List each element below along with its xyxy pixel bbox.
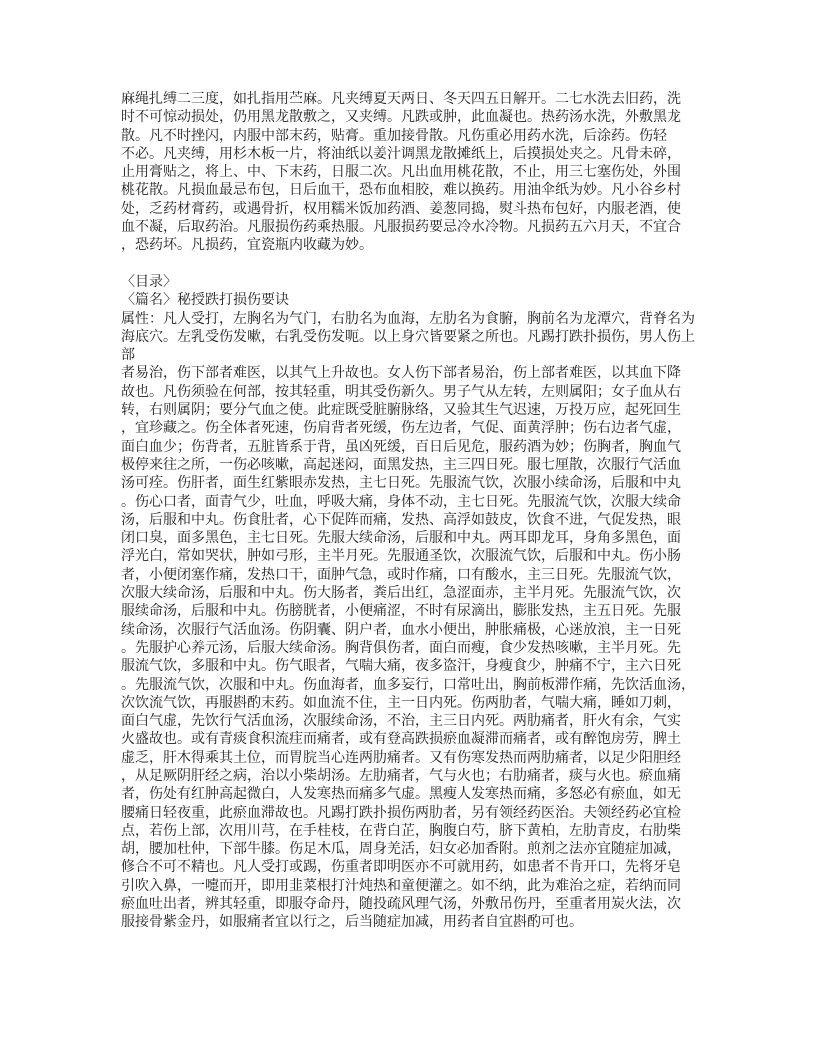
document-page: 麻绳扎缚二三度，如扎指用苎麻。凡夹缚夏天两日、冬天四五日解开。二七水洗去旧药，洗…: [0, 0, 816, 1056]
text-line: 虚乏，肝木得乘其土位，而胃脘当心连两肋痛者。又有伤寒发热而两肋痛者，以足少阳胆经: [121, 750, 721, 768]
intro-paragraph: 麻绳扎缚二三度，如扎指用苎麻。凡夹缚夏天两日、冬天四五日解开。二七水洗去旧药，洗…: [121, 91, 721, 256]
text-line: 闭口臭，面多黑色，主七日死。先服大续命汤，后服和中丸。两耳即龙耳，身角多黑色，面: [121, 530, 721, 548]
text-line: 海底穴。左乳受伤发嗽，右乳受伤发呃。以上身穴皆要紧之所也。凡踢打跌扑损伤，男人伤…: [121, 329, 721, 347]
chapter-title: 〈篇名〉秘授跌打损伤要诀: [121, 292, 721, 310]
text-line: 瘀血吐出者，辨其轻重，即服夺命丹，随投疏风理气汤，外敷吊伤丹，至重者用炭火法，次: [121, 896, 721, 914]
text-line: 时不可惊动损处，仍用黑龙散敷之，又夹缚。凡跌或肿，此血凝也。热药汤水洗，外敷黑龙: [121, 109, 721, 127]
text-line: 不必。凡夹缚，用杉木板一片，将油纸以姜汁调黑龙散摊纸上，后摸损处夹之。凡骨未碎，: [121, 146, 721, 164]
text-line: 汤，后服和中丸。伤食肚者，心下促阵而痛，发热、高浮如鼓皮，饮食不进，气促发热，眼: [121, 512, 721, 530]
text-line: 服续命汤，后服和中丸。伤膀胱者，小便痛涩，不时有尿滴出，膨胀发热，主五日死。先服: [121, 603, 721, 621]
text-line: 。伤心口者，面青气少，吐血，呼吸大痛，身体不动，主七日死。先服流气饮，次服大续命: [121, 494, 721, 512]
text-line: 胡，腰加杜仲，下部牛膝。伤足木瓜，周身羌活，妇女必加香附。煎剂之法亦宜随症加减，: [121, 841, 721, 859]
text-line: 极停来往之所，一伤必咳嗽，高起迷闷，面黑发热，主三四日死。服七厘散，次服行气活血: [121, 457, 721, 475]
text-line: 转，右则属阴；要分气血之使。此症既受脏腑脉络，又验其生气迟速，万投万应，起死回生: [121, 402, 721, 420]
paragraph-gap: [121, 256, 721, 274]
text-line: ，从足厥阴肝经之病，治以小柴胡汤。左肋痛者，气与火也；右肋痛者，痰与火也。瘀血痛: [121, 768, 721, 786]
text-line: 次饮流气饮，再服斟酌末药。如血流不住，主一日内死。伤两肋者，气喘大痛，睡如刀刺，: [121, 695, 721, 713]
text-line: 故也。凡伤须验在何部，按其轻重，明其受伤新久。男子气从左转，左则属阳；女子血从右: [121, 384, 721, 402]
text-line: 服接骨紫金丹，如服痛者宜以行之，后当随症加减，用药者自宜斟酌可也。: [121, 914, 721, 932]
text-line: 面白气虚，先饮行气活血汤，次服续命汤，不治，主三日内死。两肋痛者，肝火有余，气实: [121, 713, 721, 731]
text-line: 。先服流气饮，次服和中丸。伤血海者，血多妄行，口常吐出，胸前板滞作痛，先饮活血汤…: [121, 677, 721, 695]
text-line: 者，小便闭塞作痛，发热口干，面肿气急，或时作痛，口有酸水，主三日死。先服流气饮，: [121, 567, 721, 585]
text-line: 桃花散。凡损血最忌布包，日后血干，恐布血相胶，难以换药。用油伞纸为妙。凡小谷乡村: [121, 182, 721, 200]
text-line: 麻绳扎缚二三度，如扎指用苎麻。凡夹缚夏天两日、冬天四五日解开。二七水洗去旧药，洗: [121, 91, 721, 109]
text-line: 面白血少；伤背者，五脏皆系于背，虽凶死缓，百日后见危，服药酒为妙；伤胸者，胸血气: [121, 439, 721, 457]
text-line: 浮光白，常如哭状，肿如弓形，主半月死。先服通圣饮，次服流气饮，后服和中丸。伤小肠: [121, 548, 721, 566]
text-line: 血不凝，后取药治。凡服损伤药乘热服。凡服损药要忌冷水冷物。凡损药五六月天，不宜合: [121, 219, 721, 237]
main-section: 〈目录〉 〈篇名〉秘授跌打损伤要诀 属性：凡人受打，左胸名为气门，右肋名为血海，…: [121, 274, 721, 933]
text-line: 散。凡不时挫闪，内服中部末药，贴膏。重加接骨散。凡伤重必用药水洗，后涂药。伤轻: [121, 128, 721, 146]
text-line: ，恐药坏。凡损药，宜瓷瓶内收藏为妙。: [121, 237, 721, 255]
page-content: 麻绳扎缚二三度，如扎指用苎麻。凡夹缚夏天两日、冬天四五日解开。二七水洗去旧药，洗…: [121, 91, 721, 933]
text-line: 服流气饮，多服和中丸。伤气眼者，气喘大痛，夜多盗汗，身瘦食少，肿痛不宁，主六日死: [121, 658, 721, 676]
text-line: 。先服护心养元汤，后服大续命汤。胸背俱伤者，面白而瘦，食少发热咳嗽，主半月死。先: [121, 640, 721, 658]
text-line: 修合不可不精也。凡人受打或踢，伤重者即明医亦不可就用药，如患者不肯开口，先将牙皂: [121, 859, 721, 877]
section-body: 属性：凡人受打，左胸名为气门，右肋名为血海，左肋名为食腑，胸前名为龙潭穴，背脊名…: [121, 311, 721, 933]
text-line: 属性：凡人受打，左胸名为气门，右肋名为血海，左肋名为食腑，胸前名为龙潭穴，背脊名…: [121, 311, 721, 329]
toc-tag: 〈目录〉: [121, 274, 721, 292]
text-line: 续命汤，次服行气活血汤。伤阴囊、阴户者，血水小便出，肿胀痛极，心迷放浪，主一日死: [121, 622, 721, 640]
text-line: 者，伤处有红肿高起微白，人发寒热而痛多气虚。黑瘦人发寒热而痛，多怒必有瘀血，如无: [121, 786, 721, 804]
text-line: 引吹入鼻，一嚏而开，即用韭菜根打汁炖热和童便灌之。如不纳，此为难治之症，若纳而同: [121, 878, 721, 896]
text-line: 者易治，伤下部者难医，以其气上升故也。女人伤下部者易治，伤上部者难医，以其血下降: [121, 365, 721, 383]
text-line: 点，若伤上部，次用川芎，在手桂枝，在背白芷，胸腹白芍，脐下黄柏，左肋青皮，右肋柴: [121, 823, 721, 841]
text-line: 处，乏药材膏药，或遇骨折，权用糯米饭加药酒、姜葱同捣，熨斗热布包好，内服老酒，使: [121, 201, 721, 219]
text-line: 火盛故也。或有青痰食积流疰而痛者，或有登高跌损瘀血凝滞而痛者，或有醉饱房劳，脾土: [121, 731, 721, 749]
text-line: 汤可痊。伤肝者，面生红紫眼赤发热，主七日死。先服流气饮，次服小续命汤，后服和中丸: [121, 475, 721, 493]
text-line: 部: [121, 347, 721, 365]
text-line: 止用膏贴之，将上、中、下末药，日服二次。凡出血用桃花散，不止，用三七塞伤处，外围: [121, 164, 721, 182]
text-line: 次服大续命汤，后服和中丸。伤大肠者，粪后出红，急涩面赤，主半月死。先服流气饮，次: [121, 585, 721, 603]
text-line: ，宜珍藏之。伤全体者死速，伤肩背者死缓，伤左边者，气促、面黄浮肿；伤右边者气虚，: [121, 420, 721, 438]
text-line: 腰痛日轻夜重，此瘀血滞故也。凡踢打跌扑损伤两肋者，另有领经药医治。夫领经药必宜检: [121, 805, 721, 823]
